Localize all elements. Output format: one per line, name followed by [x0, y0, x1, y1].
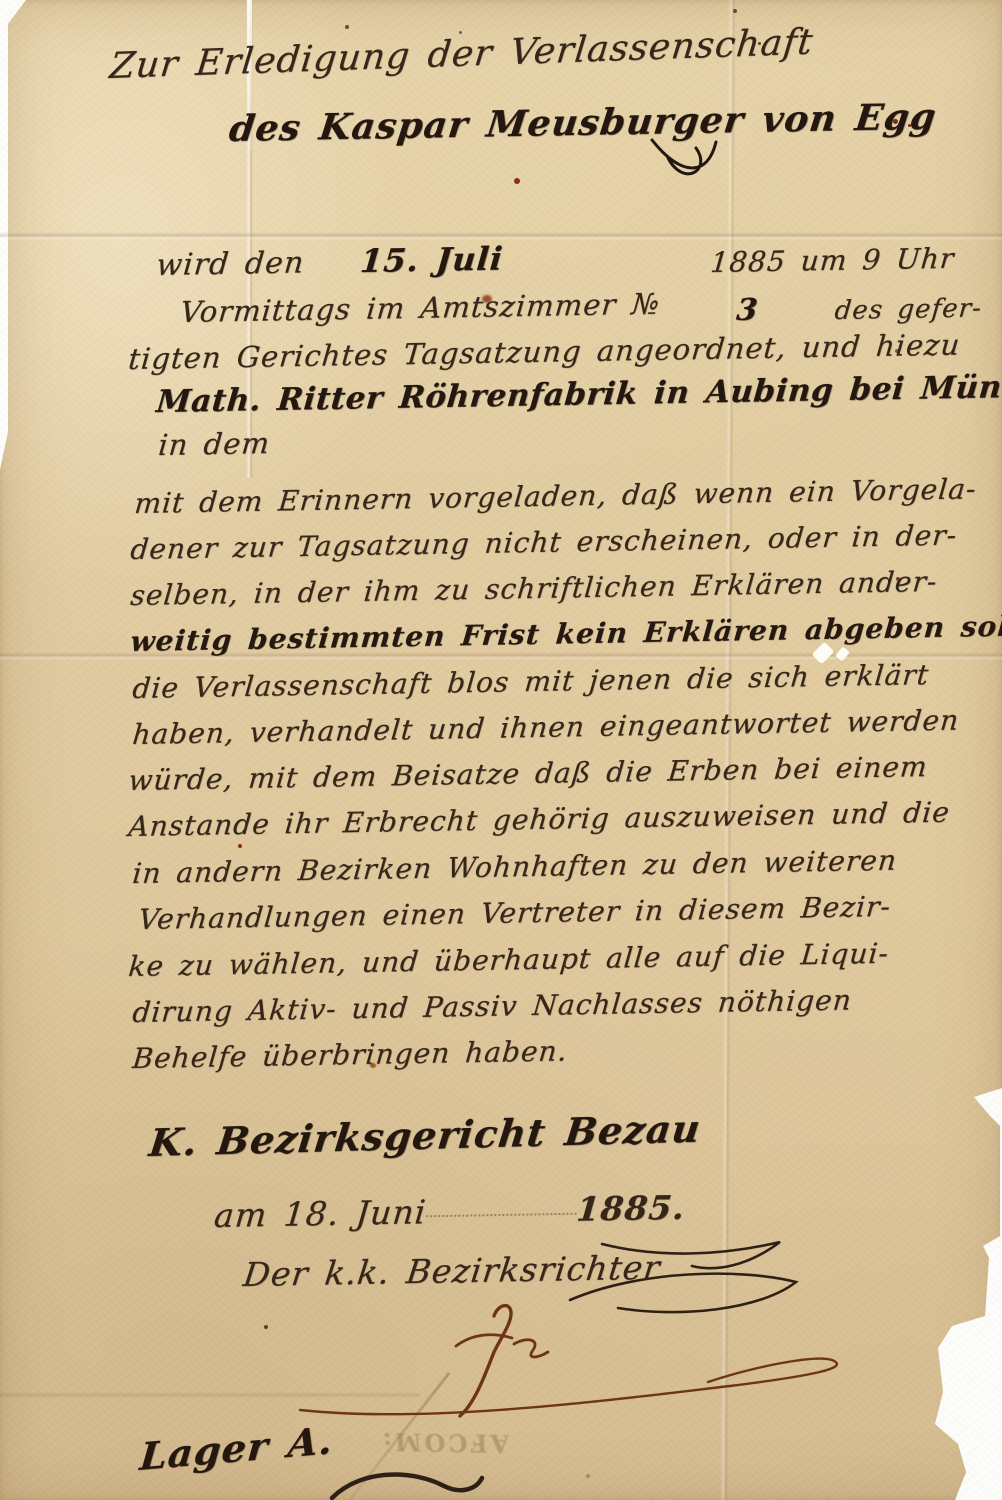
- closing-date-year: 1885.: [575, 1188, 687, 1229]
- flourish: [322, 1468, 492, 1500]
- summons-room-number: 3: [735, 293, 760, 328]
- closing-date-prefix: am 18. Juni: [213, 1192, 428, 1235]
- summons-line-5: in dem: [157, 426, 272, 462]
- faded-stamp: AFCOM:: [379, 1427, 510, 1458]
- summons-year-time: 1885 um 9 Uhr: [709, 242, 956, 279]
- summons-date: 15. Juli: [359, 240, 505, 280]
- summons-intro: wird den: [155, 245, 306, 283]
- scanned-document: Zur Erledigung der Verlassenschaft des K…: [0, 0, 1002, 1500]
- summons-line-2-right: des gefer-: [833, 293, 983, 326]
- dotted-filler: [426, 1212, 577, 1218]
- closing-date-line: am 18. Juni1885.: [213, 1188, 687, 1235]
- flourish: [638, 132, 728, 192]
- signature: [280, 1302, 900, 1422]
